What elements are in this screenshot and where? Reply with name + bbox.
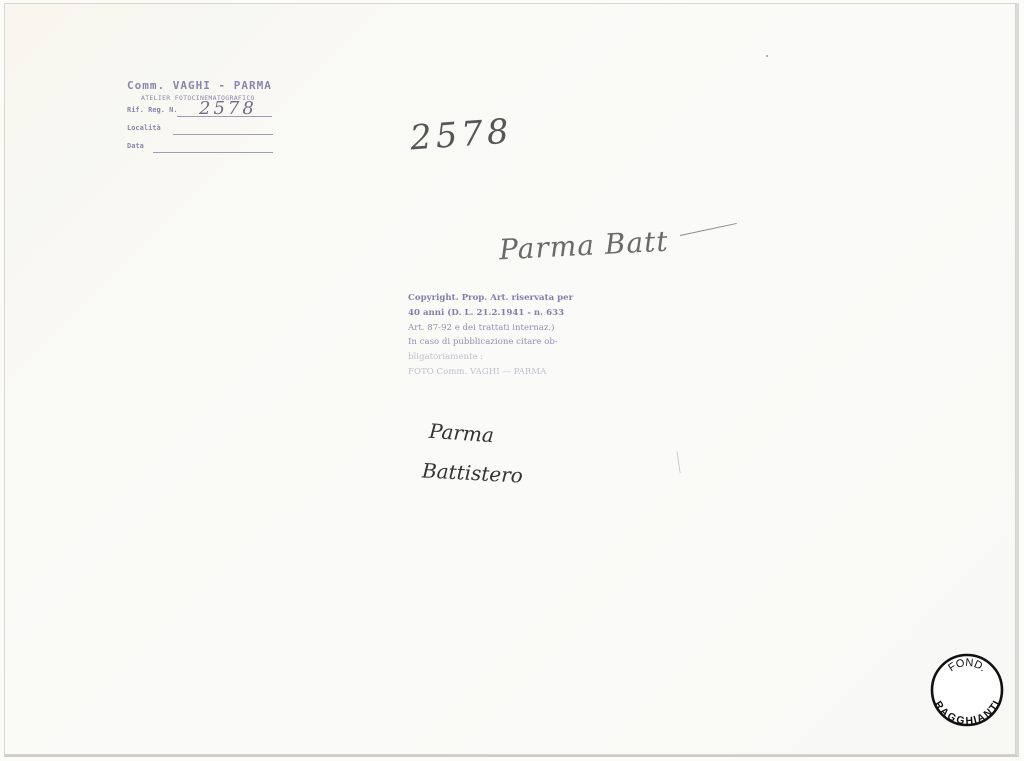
stamp-date-rule: [153, 152, 273, 153]
stamp-date-field: Data: [127, 142, 287, 156]
stamp-locality-field: Località: [127, 124, 287, 138]
archive-stamp: FOND. RAGGHIANTI: [929, 652, 1005, 728]
ink-note-place: Battistero: [421, 458, 523, 487]
copyright-line-2: 40 anni (D. L. 21.2.1941 - n. 633: [408, 306, 628, 321]
paper-speck: [766, 55, 768, 57]
stamp-reg-field: Rif. Reg. N. 2578: [127, 106, 287, 120]
copyright-line-4: In caso di pubblicazione citare ob-: [408, 335, 628, 350]
paper-mark: [676, 451, 682, 473]
scan-background: Comm. VAGHI - PARMA ATELIER FOTOCINEMATO…: [0, 0, 1024, 761]
pencil-note-top: Parma Batt: [498, 225, 669, 267]
copyright-stamp: Copyright. Prop. Art. riservata per 40 a…: [408, 291, 628, 380]
inventory-number: 2578: [409, 111, 514, 158]
stamp-date-label: Data: [127, 142, 144, 150]
registration-stamp: Comm. VAGHI - PARMA ATELIER FOTOCINEMATO…: [127, 79, 287, 156]
photo-verso-card: Comm. VAGHI - PARMA ATELIER FOTOCINEMATO…: [4, 3, 1019, 757]
stamp-studio-name: Comm. VAGHI - PARMA: [127, 79, 287, 92]
pencil-stroke: [680, 223, 737, 236]
copyright-line-6: FOTO Comm. VAGHI — PARMA: [408, 365, 628, 380]
stamp-reg-label: Rif. Reg. N.: [127, 106, 178, 114]
copyright-line-1: Copyright. Prop. Art. riservata per: [408, 291, 628, 306]
copyright-line-3: Art. 87-92 e dei trattati internaz.): [408, 321, 628, 336]
stamp-locality-label: Località: [127, 124, 161, 132]
stamp-reg-value: 2578: [199, 98, 257, 119]
stamp-locality-rule: [173, 134, 273, 135]
ink-note-city: Parma: [428, 419, 494, 447]
copyright-line-5: bligatoriamente :: [408, 350, 628, 365]
